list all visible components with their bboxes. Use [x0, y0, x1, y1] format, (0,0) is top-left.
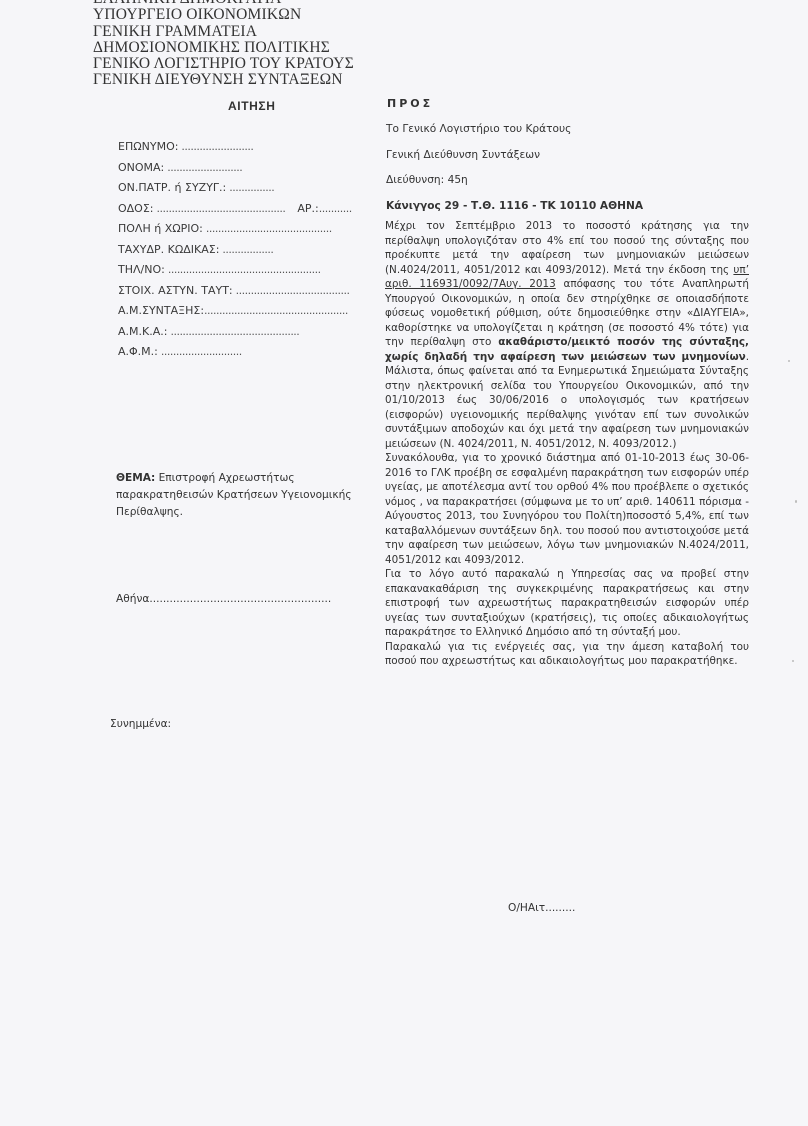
field-label: Α.Μ.ΣΥΝΤΑΞΗΣ:	[118, 304, 204, 317]
field-id-card: ΣΤΟΙΧ. ΑΣΤΥΝ. ΤΑΥΤ: ....................…	[118, 284, 352, 305]
attachments-label: Συνημμένα:	[110, 718, 171, 730]
field-blank: .........................	[164, 161, 242, 174]
field-street: ΟΔΟΣ: ..................................…	[118, 202, 352, 223]
field-phone: ΤΗΛ/ΝΟ: ................................…	[118, 263, 352, 284]
field-pension-number: Α.Μ.ΣΥΝΤΑΞΗΣ:...........................…	[118, 304, 352, 325]
field-label: Α.Μ.Κ.Α.:	[118, 325, 167, 338]
field-blank: ........................................…	[203, 222, 332, 235]
field-label: ΟΔΟΣ:	[118, 202, 154, 215]
scan-speck	[788, 360, 790, 362]
field-blank: ........................................…	[167, 325, 299, 338]
header-line: ΔΗΜΟΣΙΟΝΟΜΙΚΗΣ ΠΟΛΙΤΙΚΗΣ	[93, 40, 354, 56]
field-label: ΟΝΟΜΑ:	[118, 161, 164, 174]
field-father-spouse-name: ΟΝ.ΠΑΤΡ. ή ΣΥΖΥΓ.: ...............	[118, 181, 352, 202]
field-blank: .................	[219, 243, 273, 256]
field-blank: ...............	[226, 181, 274, 194]
field-label: ΣΤΟΙΧ. ΑΣΤΥΝ. ΤΑΥΤ:	[118, 284, 233, 297]
paragraph-1: Μέχρι τον Σεπτέμβριο 2013 το ποσοστό κρά…	[385, 219, 749, 451]
header-line: ΓΕΝΙΚΟ ΛΟΓΙΣΤΗΡΙΟ ΤΟΥ ΚΡΑΤΟΥΣ	[93, 56, 354, 72]
signature-line: Ο/ΗΑιτ.........	[508, 902, 575, 914]
applicant-fields: ΕΠΩΝΥΜΟ: ........................ ΟΝΟΜΑ:…	[118, 140, 352, 366]
field-surname: ΕΠΩΝΥΜΟ: ........................	[118, 140, 352, 161]
field-blank: ........................................…	[204, 304, 348, 317]
subject-label: ΘΕΜΑ:	[116, 472, 155, 484]
scan-speck	[792, 660, 794, 662]
field-label: ΤΑΧΥΔΡ. ΚΩΔΙΚΑΣ:	[118, 243, 219, 256]
field-amka: Α.Μ.Κ.Α.: ..............................…	[118, 325, 352, 346]
recipient-line: Διεύθυνση: 45η	[386, 174, 643, 200]
field-label: ΠΟΛΗ ή ΧΩΡΙΟ:	[118, 222, 203, 235]
paragraph-4: Παρακαλώ για τις ενέργειές σας, για την …	[385, 640, 749, 669]
subject: ΘΕΜΑ: Επιστροφή Αχρεωστήτως παρακρατηθει…	[116, 470, 356, 521]
recipient-line: Το Γενικό Λογιστήριο του Κράτους	[386, 123, 643, 149]
field-afm: Α.Φ.Μ.: ...........................	[118, 345, 352, 366]
recipient-line: Γενική Διεύθυνση Συντάξεων	[386, 149, 643, 175]
header-line: ΓΕΝΙΚΗ ΓΡΑΜΜΑΤΕΙΑ	[93, 24, 354, 40]
field-blank: ......................................	[233, 284, 350, 297]
text: Μέχρι τον Σεπτέμβριο 2013 το ποσοστό κρά…	[385, 220, 749, 276]
field-label: ΑΡ.:	[297, 202, 318, 215]
field-label: Α.Φ.Μ.:	[118, 345, 158, 358]
recipient-heading: ΠΡΟΣ	[387, 97, 433, 110]
document-title: ΑΙΤΗΣΗ	[228, 99, 275, 113]
text: . Μάλιστα, όπως φαίνεται από τα Ενημερωτ…	[385, 351, 749, 450]
field-blank: ...........................	[158, 345, 242, 358]
field-label: ΕΠΩΝΥΜΟ:	[118, 140, 178, 153]
paragraph-2: Συνακόλουθα, για το χρονικό διάστημα από…	[385, 451, 749, 567]
field-postal-code: ΤΑΧΥΔΡ. ΚΩΔΙΚΑΣ: .................	[118, 243, 352, 264]
field-label: ΤΗΛ/ΝΟ:	[118, 263, 165, 276]
issuing-authority-header: ΕΛΛΗΝΙΚΗ ΔΗΜΟΚΡΑΤΙΑ ΥΠΟΥΡΓΕΙΟ ΟΙΚΟΝΟΜΙΚΩ…	[93, 0, 354, 89]
paragraph-3: Για το λόγο αυτό παρακαλώ η Υπηρεσίας σα…	[385, 567, 749, 640]
field-blank: ........................................…	[165, 263, 321, 276]
header-line: ΥΠΟΥΡΓΕΙΟ ΟΙΚΟΝΟΜΙΚΩΝ	[93, 7, 354, 23]
field-blank: ...........	[319, 202, 352, 215]
place-date: Αθήνα...................................…	[116, 593, 331, 605]
field-label: ΟΝ.ΠΑΤΡ. ή ΣΥΖΥΓ.:	[118, 181, 226, 194]
scan-speck	[795, 500, 797, 503]
field-blank: ........................................…	[154, 202, 286, 215]
letter-body: Μέχρι τον Σεπτέμβριο 2013 το ποσοστό κρά…	[385, 219, 749, 669]
header-line: ΓΕΝΙΚΗ ΔΙΕΥΘΥΝΣΗ ΣΥΝΤΑΞΕΩΝ	[93, 72, 354, 88]
recipient-block: Το Γενικό Λογιστήριο του Κράτους Γενική …	[386, 123, 643, 225]
field-blank: ........................	[178, 140, 253, 153]
field-city: ΠΟΛΗ ή ΧΩΡΙΟ: ..........................…	[118, 222, 352, 243]
field-name: ΟΝΟΜΑ: .........................	[118, 161, 352, 182]
